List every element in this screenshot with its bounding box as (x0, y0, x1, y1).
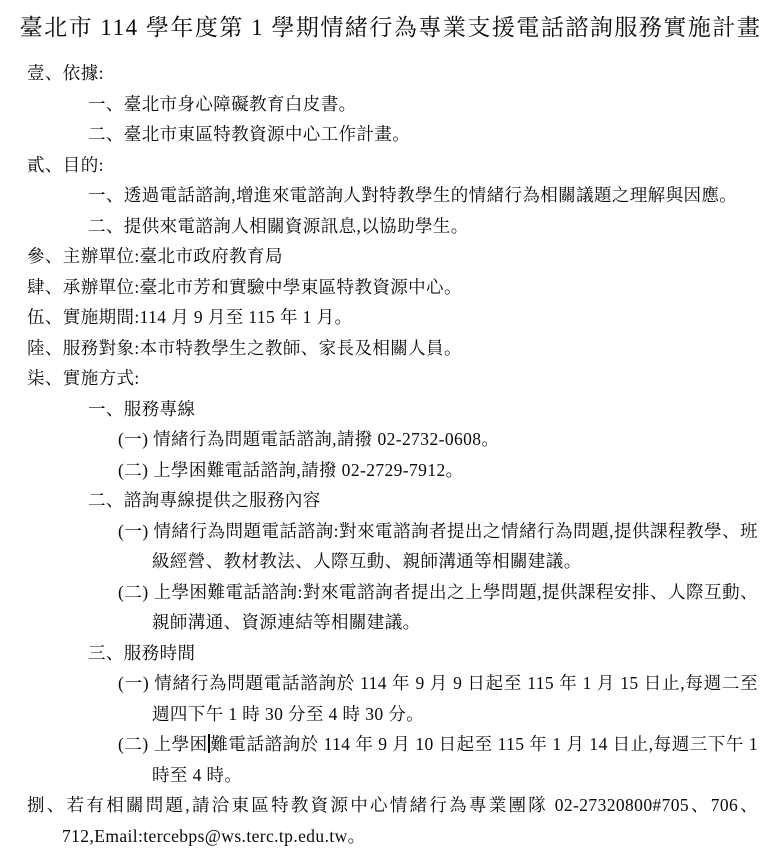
service-hours-item-1: (一) 情緒行為問題電話諮詢於 114 年 9 月 9 日起至 115 年 1 … (27, 668, 758, 729)
purpose-item-2: 二、提供來電諮詢人相關資源訊息,以協助學生。 (27, 211, 758, 242)
service-hours-item-2-text-before-caret: (二) 上學困 (118, 734, 208, 754)
service-content-item-2: (二) 上學困難電話諮詢:對來電諮詢者提出之上學問題,提供課程安排、人際互動、親… (27, 577, 758, 638)
section-basis-heading: 壹、依據: (27, 58, 758, 89)
target-line: 陸、服務對象:本市特教學生之教師、家長及相關人員。 (27, 333, 758, 364)
document-body: 壹、依據: 一、臺北市身心障礙教育白皮書。 二、臺北市東區特教資源中心工作計畫。… (0, 58, 781, 851)
service-content-heading: 二、諮詢專線提供之服務內容 (27, 485, 758, 516)
section-purpose-heading: 貳、目的: (27, 150, 758, 181)
hotlines-item-1: (一) 情緒行為問題電話諮詢,請撥 02-2732-0608。 (27, 424, 758, 455)
basis-item-2: 二、臺北市東區特教資源中心工作計畫。 (27, 119, 758, 150)
contact-line: 捌、若有相關問題,請洽東區特教資源中心情緒行為專業團隊 02-27320800#… (27, 790, 758, 851)
service-hours-heading: 三、服務時間 (27, 638, 758, 669)
service-hours-item-2-text-after-caret: 難電話諮詢於 114 年 9 月 10 日起至 115 年 1 月 14 日止,… (152, 734, 758, 785)
hotlines-heading: 一、服務專線 (27, 394, 758, 425)
period-line: 伍、實施期間:114 月 9 月至 115 年 1 月。 (27, 302, 758, 333)
organizer-line: 參、主辦單位:臺北市政府教育局 (27, 241, 758, 272)
purpose-item-1: 一、透過電話諮詢,增進來電諮詢人對特教學生的情緒行為相關議題之理解與因應。 (27, 180, 758, 211)
service-hours-item-2: (二) 上學困難電話諮詢於 114 年 9 月 10 日起至 115 年 1 月… (27, 729, 758, 790)
executor-line: 肆、承辦單位:臺北市芳和實驗中學東區特教資源中心。 (27, 272, 758, 303)
service-content-item-1: (一) 情緒行為問題電話諮詢:對來電諮詢者提出之情緒行為問題,提供課程教學、班級… (27, 516, 758, 577)
hotlines-item-2: (二) 上學困難電話諮詢,請撥 02-2729-7912。 (27, 455, 758, 486)
section-implementation-heading: 柒、實施方式: (27, 363, 758, 394)
document-page[interactable]: 臺北市 114 學年度第 1 學期情緒行為專業支援電話諮詢服務實施計畫 壹、依據… (0, 0, 781, 859)
document-title: 臺北市 114 學年度第 1 學期情緒行為專業支援電話諮詢服務實施計畫 (0, 0, 781, 45)
basis-item-1: 一、臺北市身心障礙教育白皮書。 (27, 89, 758, 120)
